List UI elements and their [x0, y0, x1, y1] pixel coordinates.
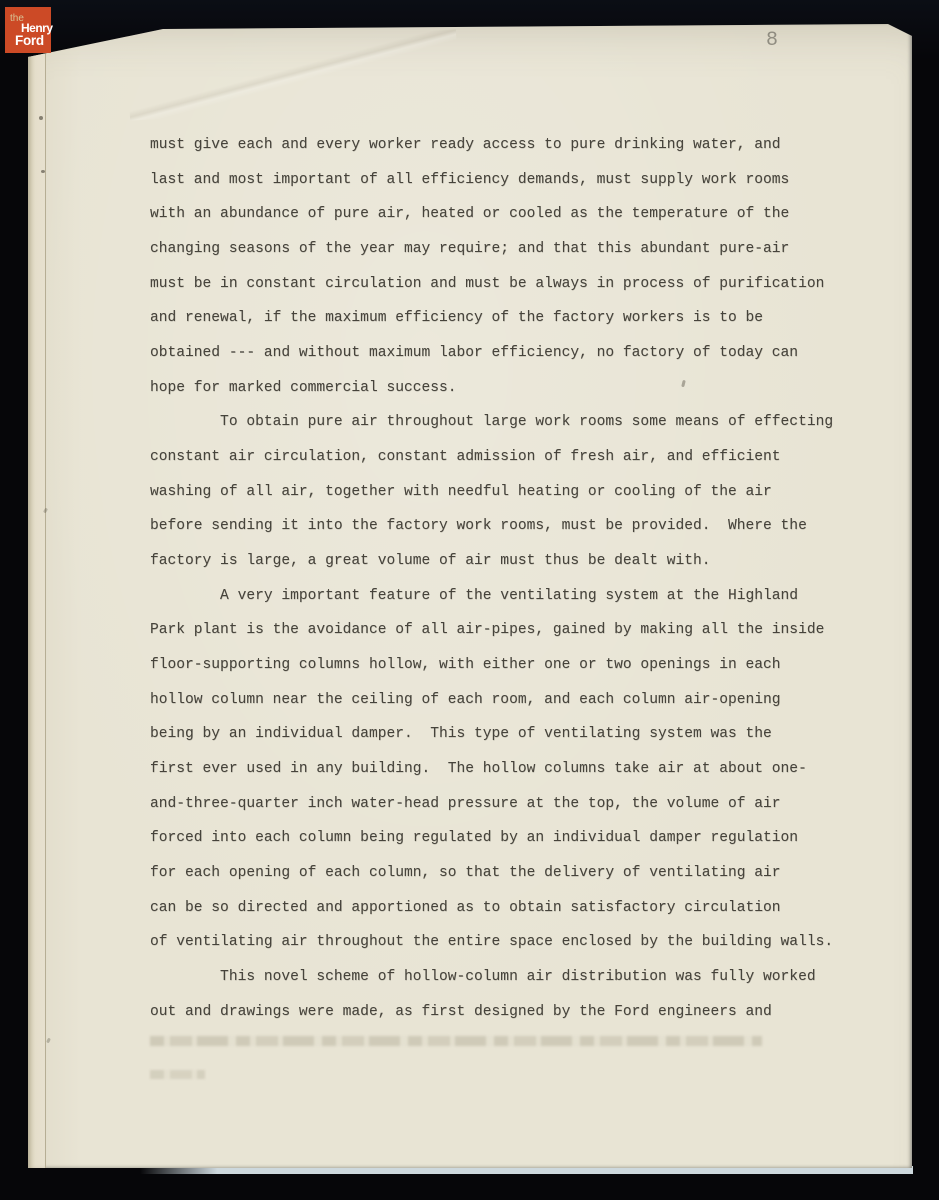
bleed-through-text [150, 1036, 762, 1046]
text-line: and-three-quarter inch water-head pressu… [150, 787, 858, 822]
paper-speck [39, 116, 43, 120]
text-line: being by an individual damper. This type… [150, 717, 858, 752]
text-line: This novel scheme of hollow-column air d… [150, 960, 858, 995]
typewritten-text: must give each and every worker ready ac… [150, 128, 858, 1029]
binding-edge [28, 24, 46, 1168]
paper-speck [43, 508, 48, 514]
text-line: washing of all air, together with needfu… [150, 475, 858, 510]
text-line: must be in constant circulation and must… [150, 267, 858, 302]
paper-speck [46, 1038, 51, 1044]
text-line: A very important feature of the ventilat… [150, 579, 858, 614]
text-line: obtained --- and without maximum labor e… [150, 336, 858, 371]
page-number: 8 [766, 28, 778, 54]
paper-speck [41, 170, 45, 173]
text-line: Park plant is the avoidance of all air-p… [150, 613, 858, 648]
text-line: changing seasons of the year may require… [150, 232, 858, 267]
bleed-through-text [150, 1070, 205, 1079]
text-line: floor-supporting columns hollow, with ei… [150, 648, 858, 683]
text-line: first ever used in any building. The hol… [150, 752, 858, 787]
text-line: last and most important of all efficienc… [150, 163, 858, 198]
document-page: 8 must give each and every worker ready … [28, 24, 912, 1168]
text-line: factory is large, a great volume of air … [150, 544, 858, 579]
text-line: forced into each column being regulated … [150, 821, 858, 856]
text-line: out and drawings were made, as first des… [150, 995, 858, 1030]
text-line: To obtain pure air throughout large work… [150, 405, 858, 440]
text-line: and renewal, if the maximum efficiency o… [150, 301, 858, 336]
logo-text-ford: Ford [15, 33, 44, 48]
text-line: of ventilating air throughout the entire… [150, 925, 858, 960]
text-line: hollow column near the ceiling of each r… [150, 683, 858, 718]
text-line: hope for marked commercial success. [150, 371, 858, 406]
text-line: must give each and every worker ready ac… [150, 128, 858, 163]
scanned-document: 8 must give each and every worker ready … [0, 0, 939, 1200]
text-line: can be so directed and apportioned as to… [150, 891, 858, 926]
text-line: for each opening of each column, so that… [150, 856, 858, 891]
text-line: with an abundance of pure air, heated or… [150, 197, 858, 232]
henry-ford-logo: the Henry Ford [5, 7, 51, 53]
text-line: before sending it into the factory work … [150, 509, 858, 544]
paper-crease [126, 29, 459, 120]
text-line: constant air circulation, constant admis… [150, 440, 858, 475]
